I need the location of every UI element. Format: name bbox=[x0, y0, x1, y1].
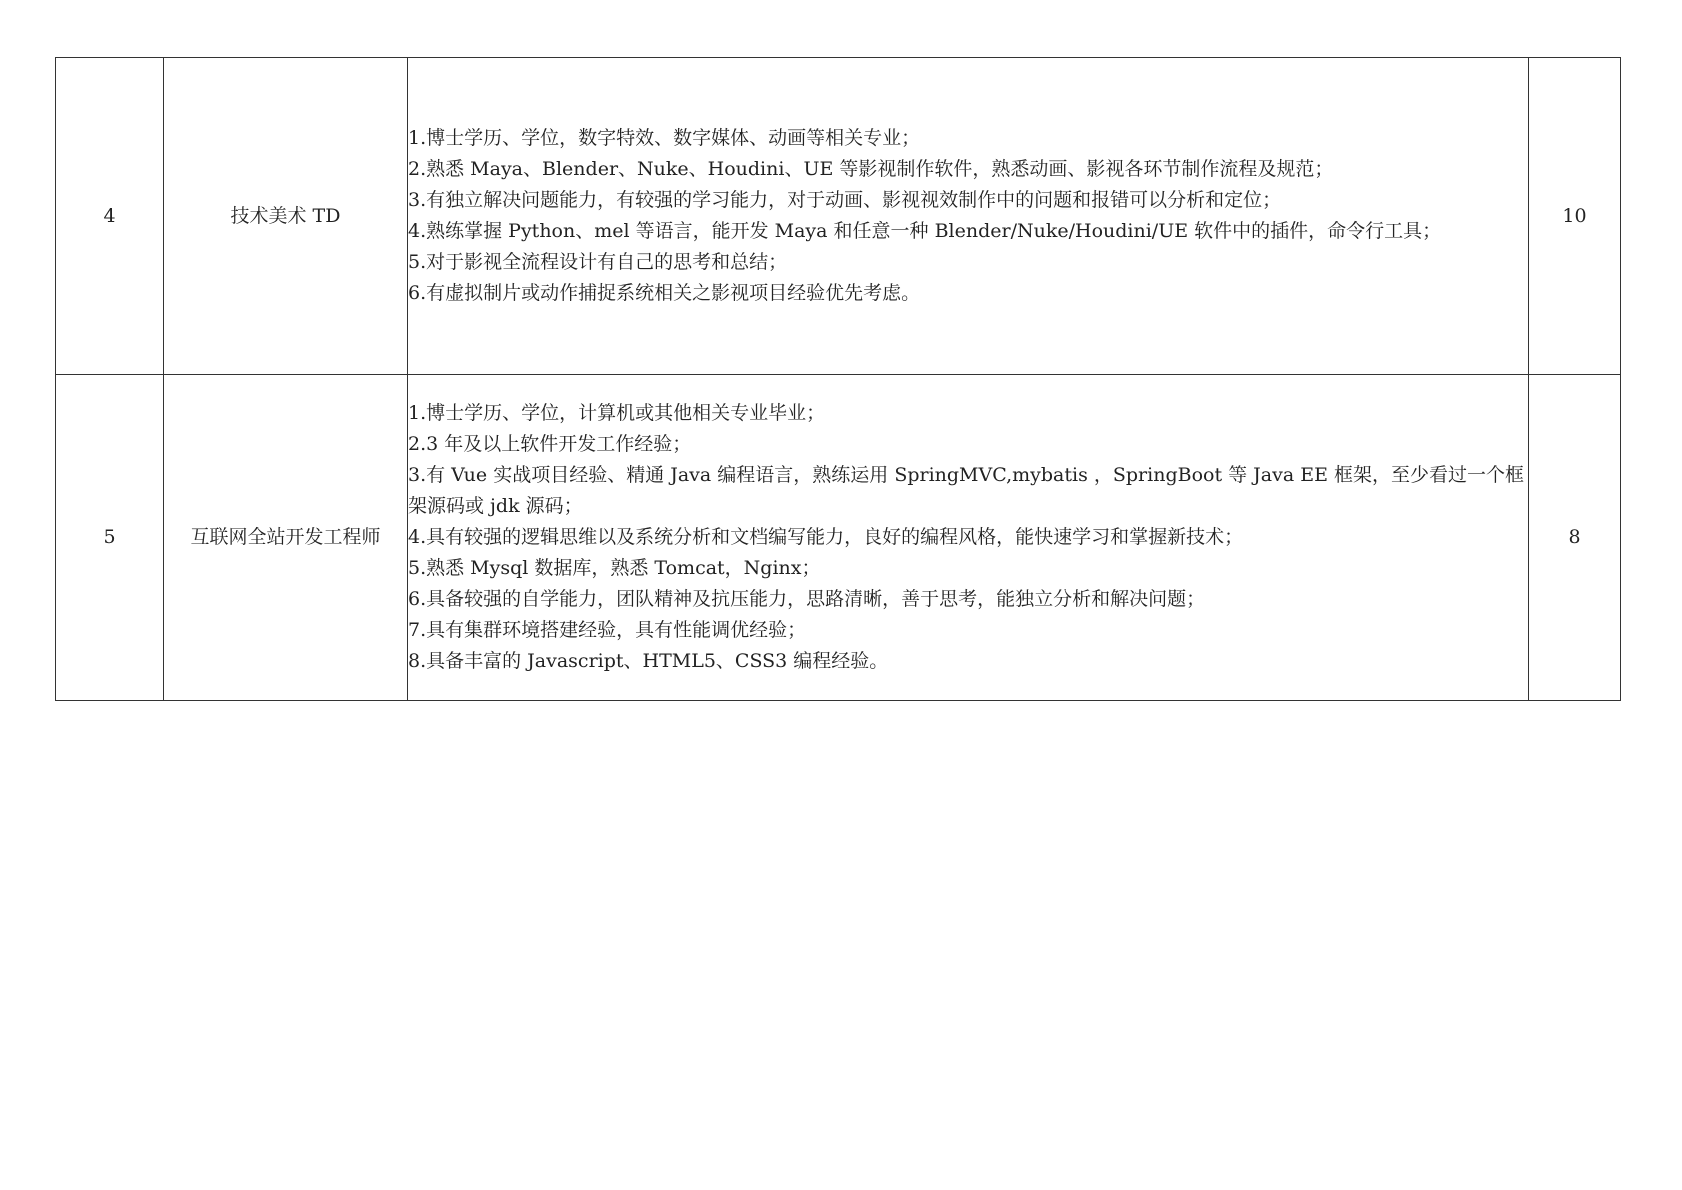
requirement-item: 4.熟练掌握 Python、mel 等语言，能开发 Maya 和任意一种 Ble… bbox=[408, 216, 1528, 247]
table-row: 4 技术美术 TD 1.博士学历、学位，数字特效、数字媒体、动画等相关专业； 2… bbox=[56, 58, 1621, 375]
requirement-item: 2.3 年及以上软件开发工作经验； bbox=[408, 429, 1528, 460]
job-requirements-table: 4 技术美术 TD 1.博士学历、学位，数字特效、数字媒体、动画等相关专业； 2… bbox=[55, 57, 1621, 701]
requirements-cell: 1.博士学历、学位，数字特效、数字媒体、动画等相关专业； 2.熟悉 Maya、B… bbox=[408, 58, 1529, 375]
table-row: 5 互联网全站开发工程师 1.博士学历、学位，计算机或其他相关专业毕业； 2.3… bbox=[56, 375, 1621, 701]
requirement-item: 2.熟悉 Maya、Blender、Nuke、Houdini、UE 等影视制作软… bbox=[408, 154, 1528, 185]
row-number: 5 bbox=[56, 375, 164, 701]
headcount: 10 bbox=[1529, 58, 1621, 375]
requirement-item: 4.具有较强的逻辑思维以及系统分析和文档编写能力，良好的编程风格，能快速学习和掌… bbox=[408, 522, 1528, 553]
position-title: 技术美术 TD bbox=[164, 58, 408, 375]
headcount: 8 bbox=[1529, 375, 1621, 701]
requirement-item: 1.博士学历、学位，计算机或其他相关专业毕业； bbox=[408, 398, 1528, 429]
requirement-item: 7.具有集群环境搭建经验，具有性能调优经验； bbox=[408, 615, 1528, 646]
requirement-item: 5.熟悉 Mysql 数据库，熟悉 Tomcat，Nginx； bbox=[408, 553, 1528, 584]
requirement-item: 6.有虚拟制片或动作捕捉系统相关之影视项目经验优先考虑。 bbox=[408, 278, 1528, 309]
requirement-item: 3.有独立解决问题能力，有较强的学习能力，对于动画、影视视效制作中的问题和报错可… bbox=[408, 185, 1528, 216]
requirement-item: 1.博士学历、学位，数字特效、数字媒体、动画等相关专业； bbox=[408, 123, 1528, 154]
position-title: 互联网全站开发工程师 bbox=[164, 375, 408, 701]
requirement-item: 3.有 Vue 实战项目经验、精通 Java 编程语言，熟练运用 SpringM… bbox=[408, 460, 1528, 522]
row-number: 4 bbox=[56, 58, 164, 375]
requirement-item: 8.具备丰富的 Javascript、HTML5、CSS3 编程经验。 bbox=[408, 646, 1528, 677]
requirement-item: 5.对于影视全流程设计有自己的思考和总结； bbox=[408, 247, 1528, 278]
requirement-item: 6.具备较强的自学能力，团队精神及抗压能力，思路清晰，善于思考，能独立分析和解决… bbox=[408, 584, 1528, 615]
requirements-cell: 1.博士学历、学位，计算机或其他相关专业毕业； 2.3 年及以上软件开发工作经验… bbox=[408, 375, 1529, 701]
